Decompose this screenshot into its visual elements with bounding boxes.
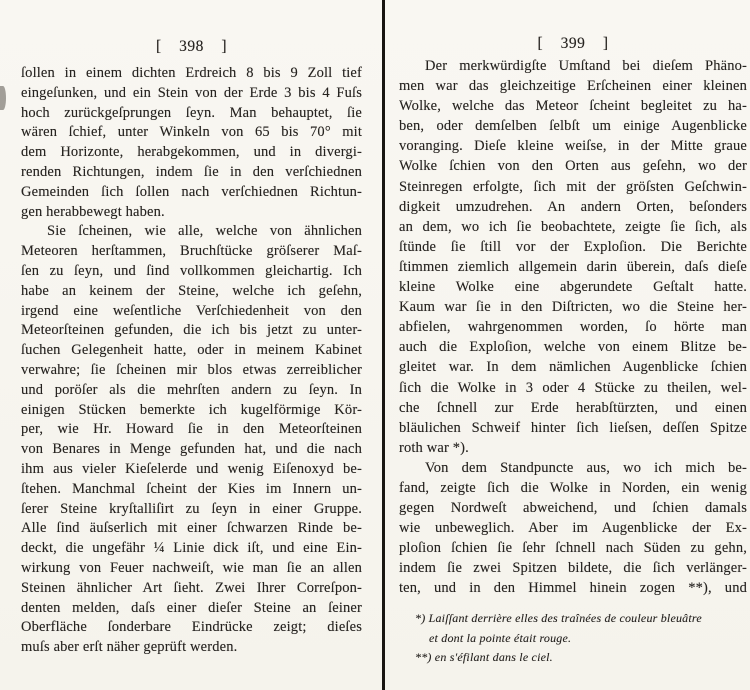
text-line: Kaum war ſie in den Diſtricten, wo die S… [399, 297, 747, 317]
text-line: Sie ſcheinen, wie alle, welche von ähnli… [21, 222, 362, 242]
text-line: Meteoren herſtammen, Bruchſtücke gröſser… [21, 242, 362, 262]
text-line: auch die Exploſion, welche von einem Bli… [399, 337, 747, 357]
text-line: abfielen, wahrgenommen worden, ſo hörte … [399, 317, 747, 337]
text-line: Der merkwürdigſte Umſtand bei dieſem Phä… [399, 56, 747, 76]
scan-smudge [0, 86, 6, 110]
page-divider [382, 0, 385, 690]
scanned-book-spread: [ 398 ] ſollen in einem dichten Erdreich… [0, 0, 750, 690]
text-line: einigen Stücken bemerkte ich kugelförmig… [21, 401, 362, 421]
text-line: che ſchnell zur Erde herabſtürzten, und … [399, 398, 747, 418]
text-line: Wolke ſchien von den Orten aus geſehn, w… [399, 156, 747, 176]
text-line: kleine Wolke eine abgerundete Geſtalt ha… [399, 277, 747, 297]
text-line: und poröſer als die mehrſten andern zu ſ… [21, 381, 362, 401]
text-line: ſerer Steine kryſtalliſirt zu ſeyn in ei… [21, 500, 362, 520]
right-page-body: Der merkwürdigſte Umſtand bei dieſem Phä… [399, 56, 747, 599]
text-line: digkeit umzudrehen. An andern Orten, beſ… [399, 197, 747, 217]
text-line: hoch zurückgeſprungen ſeyn. Man behaupte… [21, 104, 362, 124]
text-line: voranging. Dieſe kleine weiſse, in der M… [399, 136, 747, 156]
text-line: Oberfläche ſonderbare Eindrücke zeigt; d… [21, 618, 362, 638]
text-line: eingeſunken, und ein Stein von der Erde … [21, 84, 362, 104]
left-page: [ 398 ] ſollen in einem dichten Erdreich… [21, 0, 362, 690]
page-number-left: [ 398 ] [21, 38, 362, 56]
text-line: irgend eine weſentliche Verſchiedenheit … [21, 302, 362, 322]
text-line: fand, zeigte ſich die Wolke in Norden, e… [399, 478, 747, 498]
text-line: men war das gleichzeitige Erſcheinen ein… [399, 76, 747, 96]
text-line: per, wie Hr. Howard ſie in den Meteorſte… [21, 420, 362, 440]
text-line: ihm aus vieler Kieſelerde und wenig Eiſe… [21, 460, 362, 480]
text-line: habe an keinem der Steine, welche ich ge… [21, 282, 362, 302]
text-line: ſtünde ſie ſtill vor der Exploſion. Die … [399, 237, 747, 257]
text-line: Steinregen erfolgte, ſich mit der gröſst… [399, 177, 747, 197]
text-line: roth war *). [399, 438, 747, 458]
right-page: [ 399 ] Der merkwürdigſte Umſtand bei di… [399, 0, 747, 690]
text-line: ſtehen. Manchmal ſcheint der Kies im Inn… [21, 480, 362, 500]
text-line: Alle ſind äuſserlich mit einer ſchwarzen… [21, 519, 362, 539]
text-line: indem ſie zwei Spitzen bildete, die ſich… [399, 558, 747, 578]
text-line: bläulichen Schweif hinter ſich lieſsen, … [399, 418, 747, 438]
text-line: renden Richtungen, indem ſie in den verſ… [21, 163, 362, 183]
text-line: Wolke, welche das Meteor ſcheint begleit… [399, 96, 747, 116]
text-line: **) en s'éfilant dans le ciel. [415, 648, 745, 668]
text-line: ſtimmen ziemlich allgemein darin überein… [399, 257, 747, 277]
text-line: ſuchen Gelegenheit hatte, oder in meinem… [21, 341, 362, 361]
text-line: ben, oder demſelben ſelbſt um einige Aug… [399, 116, 747, 136]
text-line: *) Laiſſant derrière elles des traînées … [415, 609, 745, 629]
text-line: denten melden, daſs einer dieſer Steine … [21, 599, 362, 619]
text-line: gleitet war. In dem nämlichen Augenblick… [399, 357, 747, 377]
text-line: gegen Nordweſt abweichend, und ſchien da… [399, 498, 747, 518]
text-line: ſen zu ſeyn, und ſind vollkommen gleicha… [21, 262, 362, 282]
text-line: Von dem Standpuncte aus, wo ich mich be- [399, 458, 747, 478]
text-line: ploſion ſchien ſie ſehr ſchnell nach Süd… [399, 538, 747, 558]
text-line: ſich die Wolke in 3 oder 4 Stücke zu the… [399, 378, 747, 398]
footnotes: *) Laiſſant derrière elles des traînées … [415, 609, 745, 668]
page-number-right: [ 399 ] [399, 35, 747, 53]
left-page-body: ſollen in einem dichten Erdreich 8 bis 9… [21, 64, 362, 658]
text-line: ten, und in den Himmel hinein zogen **),… [399, 578, 747, 598]
text-line: verwahre; ſie ſcheinen mir blos etwas ze… [21, 361, 362, 381]
text-line: wie unbeweglich. Aber im Augenblicke der… [399, 518, 747, 538]
text-line: gen herabbewegt haben. [21, 203, 362, 223]
text-line: muſs aber erſt näher geprüft werden. [21, 638, 362, 658]
text-line: von Benares in Menge gefunden hat, und d… [21, 440, 362, 460]
text-line: ſollen in einem dichten Erdreich 8 bis 9… [21, 64, 362, 84]
text-line: dem Horizonte, herabgekommen, und in div… [21, 143, 362, 163]
text-line: wirkung von Feuer nachweiſt, wie man ſie… [21, 559, 362, 579]
text-line: Gemeinden ſich ſollen nach verſchiednen … [21, 183, 362, 203]
text-line: Steinen ähnlicher Art ſieht. Zwei Ihrer … [21, 579, 362, 599]
text-line: Meteorſteinen gefunden, die ich bis jetz… [21, 321, 362, 341]
text-line: an dem, wo ich ſie beobachtete, zeigte ſ… [399, 217, 747, 237]
text-line: wären ſchief, unter Winkeln von 65 bis 7… [21, 123, 362, 143]
text-line: deckt, die ungefähr ¼ Linie dick iſt, un… [21, 539, 362, 559]
text-line: et dont la pointe était rouge. [415, 629, 745, 649]
